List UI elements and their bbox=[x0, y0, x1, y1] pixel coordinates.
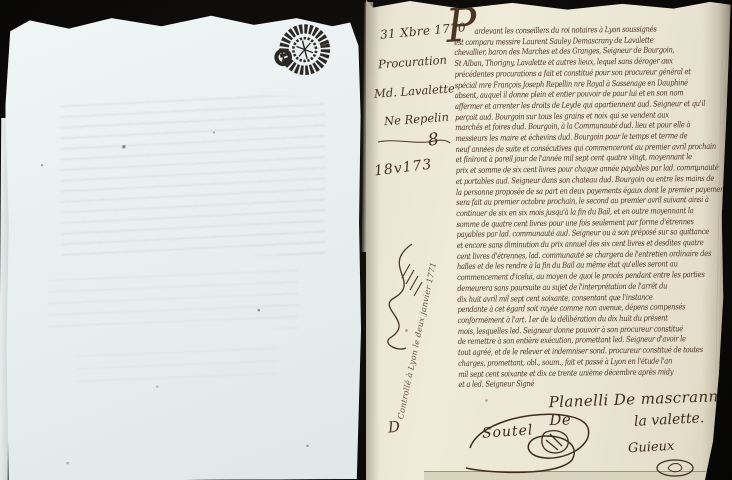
paper-specks bbox=[366, 0, 367, 1]
margin-doodle-mark: D bbox=[387, 417, 401, 436]
signature-notary-2: Guieux bbox=[628, 439, 675, 456]
margin-note-party: Md. Lavalette bbox=[374, 81, 456, 101]
notary2-paraph-flourish bbox=[654, 458, 696, 478]
paper-specks bbox=[5, 15, 6, 16]
margin-paraph-flourish bbox=[372, 238, 424, 358]
margin-note-attorney: Ne Repelin bbox=[384, 110, 450, 128]
margin-paraph: 8 bbox=[427, 129, 441, 150]
ink-stamp-icon bbox=[267, 16, 338, 87]
margin-underline-flourish bbox=[376, 136, 452, 146]
right-page: 31 Xbre 1770 Procuration Md. Lavalette N… bbox=[366, 0, 732, 480]
archival-photo-scene: 31 Xbre 1770 Procuration Md. Lavalette N… bbox=[0, 0, 732, 480]
margin-folio-reference: 18v173 bbox=[373, 156, 433, 179]
signature-principal-line2: la valette. bbox=[634, 410, 705, 430]
ink-bleedthrough bbox=[77, 344, 277, 385]
act-body-text: ardevant les conseillers du roi notaires… bbox=[454, 24, 732, 399]
ink-bleedthrough bbox=[60, 95, 326, 256]
ink-bleedthrough bbox=[48, 268, 298, 329]
left-page bbox=[5, 13, 363, 480]
margin-note-procuration: Procuration bbox=[378, 53, 448, 72]
